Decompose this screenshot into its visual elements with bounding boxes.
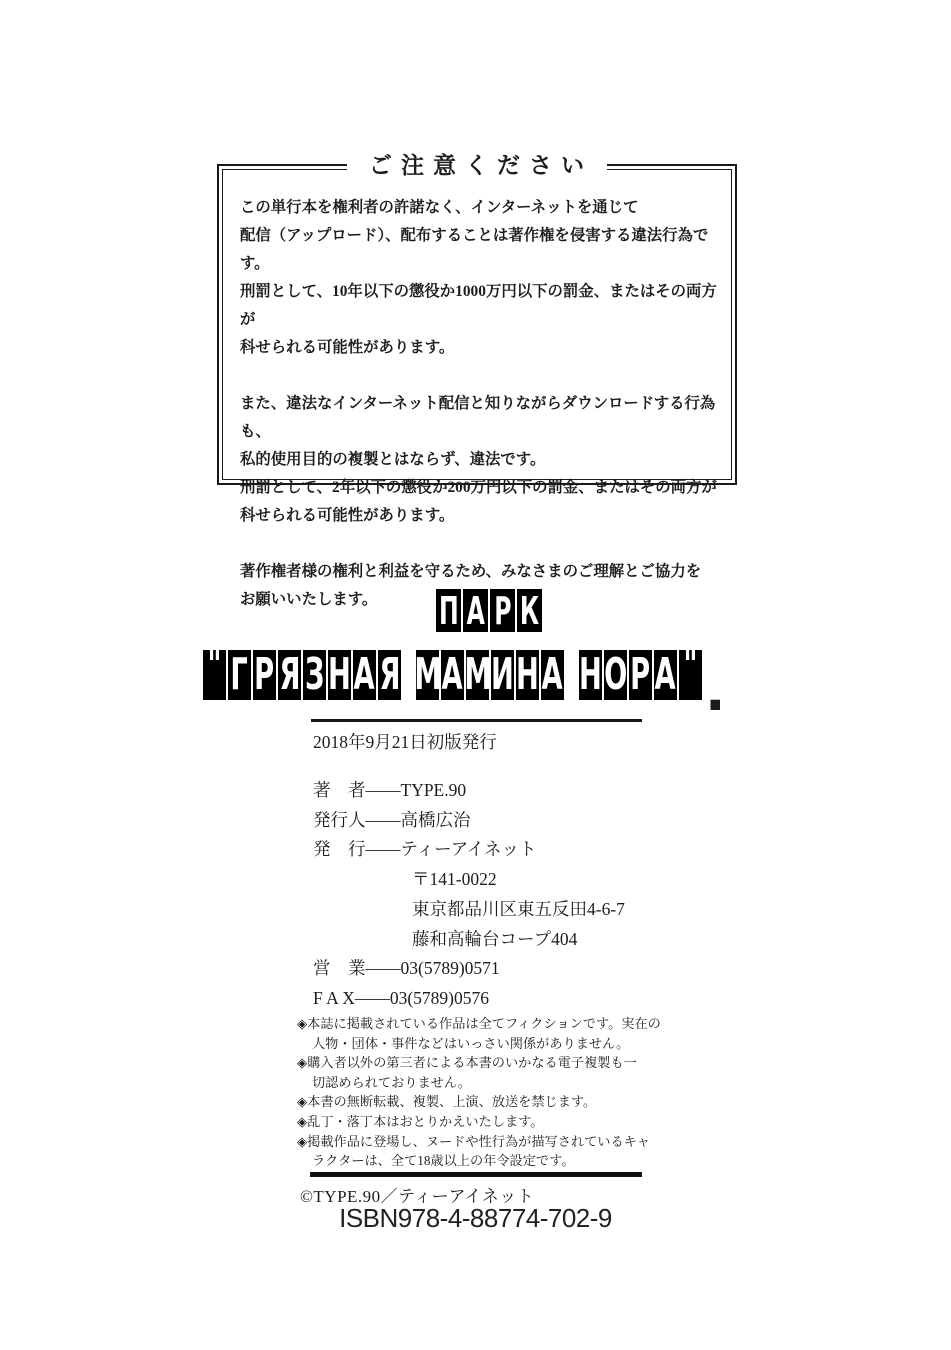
title-letter-tile: Я bbox=[378, 650, 401, 700]
title-letter-tile: А bbox=[441, 650, 464, 700]
book-title-line1: ПАРК bbox=[435, 589, 543, 632]
copyright-notice-box: ご注意ください この単行本を権利者の許諾なく、インターネットを通じて 配信（アッ… bbox=[217, 164, 737, 485]
colophon-row: 東京都品川区東五反田4-6-7 bbox=[313, 895, 625, 925]
colophon-row: 営 業——03(5789)0571 bbox=[313, 954, 625, 984]
colophon-row: 著 者——TYPE.90 bbox=[313, 776, 625, 806]
edition-date: 2018年9月21日初版発行 bbox=[313, 729, 497, 754]
divider-bottom bbox=[310, 1172, 642, 1177]
legal-note: ◈本誌に掲載されている作品は全てフィクションです。実在の 人物・団体・事件などは… bbox=[297, 1014, 663, 1053]
legal-notes: ◈本誌に掲載されている作品は全てフィクションです。実在の 人物・団体・事件などは… bbox=[297, 1014, 663, 1171]
notice-paragraph: また、違法なインターネット配信と知りながらダウンロードする行為も、 私的使用目的… bbox=[240, 390, 721, 530]
title-letter-tile: Н bbox=[579, 650, 602, 700]
notice-paragraph: この単行本を権利者の許諾なく、インターネットを通じて 配信（アップロード）、配布… bbox=[240, 194, 721, 362]
legal-note: ◈掲載作品に登場し、ヌードや性行為が描写されているキャ ラクターは、全て18歳以… bbox=[297, 1132, 663, 1171]
title-letter-tile: А bbox=[541, 650, 564, 700]
divider-top bbox=[311, 719, 642, 722]
title-letter-tile: А bbox=[353, 650, 376, 700]
title-period: . bbox=[705, 684, 726, 700]
colophon-row: 〒141-0022 bbox=[313, 865, 625, 895]
title-letter-tile: Р bbox=[253, 650, 276, 700]
legal-note: ◈乱丁・落丁本はおとりかえいたします。 bbox=[297, 1112, 663, 1132]
title-letter-tile: Р bbox=[490, 589, 515, 632]
title-letter-tile: З bbox=[303, 650, 326, 700]
title-letter-tile: К bbox=[517, 589, 542, 632]
title-letter-tile: П bbox=[436, 589, 461, 632]
colophon-row: 藤和高輪台コープ404 bbox=[313, 925, 625, 955]
isbn: ISBN978-4-88774-702-9 bbox=[0, 1203, 951, 1234]
book-title-line2: "ГРЯЗНАЯМАМИНАНОРА". bbox=[202, 650, 726, 700]
colophon-row: F A X——03(5789)0576 bbox=[313, 984, 625, 1014]
title-letter-tile: " bbox=[679, 650, 702, 700]
colophon-page: ご注意ください この単行本を権利者の許諾なく、インターネットを通じて 配信（アッ… bbox=[0, 0, 951, 1350]
notice-title: ご注意ください bbox=[347, 152, 607, 180]
notice-body: この単行本を権利者の許諾なく、インターネットを通じて 配信（アップロード）、配布… bbox=[240, 194, 721, 614]
title-letter-tile: " bbox=[203, 650, 226, 700]
title-letter-tile: И bbox=[491, 650, 514, 700]
legal-note: ◈本書の無断転載、複製、上演、放送を禁じます。 bbox=[297, 1092, 663, 1112]
title-letter-tile: Я bbox=[278, 650, 301, 700]
title-letter-tile: А bbox=[654, 650, 677, 700]
title-letter-tile: Г bbox=[228, 650, 251, 700]
title-letter-tile: Н bbox=[516, 650, 539, 700]
title-letter-tile: Н bbox=[328, 650, 351, 700]
publication-rows: 著 者——TYPE.90発行人——高橋広治発 行——ティーアイネット〒141-0… bbox=[313, 776, 625, 1014]
title-letter-tile: О bbox=[604, 650, 627, 700]
title-letter-tile: М bbox=[466, 650, 489, 700]
colophon-row: 発 行——ティーアイネット bbox=[313, 835, 625, 865]
title-letter-tile: Р bbox=[629, 650, 652, 700]
title-letter-tile: М bbox=[416, 650, 439, 700]
title-letter-tile: А bbox=[463, 589, 488, 632]
colophon-row: 発行人——高橋広治 bbox=[313, 806, 625, 836]
legal-note: ◈購入者以外の第三者による本書のいかなる電子複製も一 切認められておりません。 bbox=[297, 1053, 663, 1092]
